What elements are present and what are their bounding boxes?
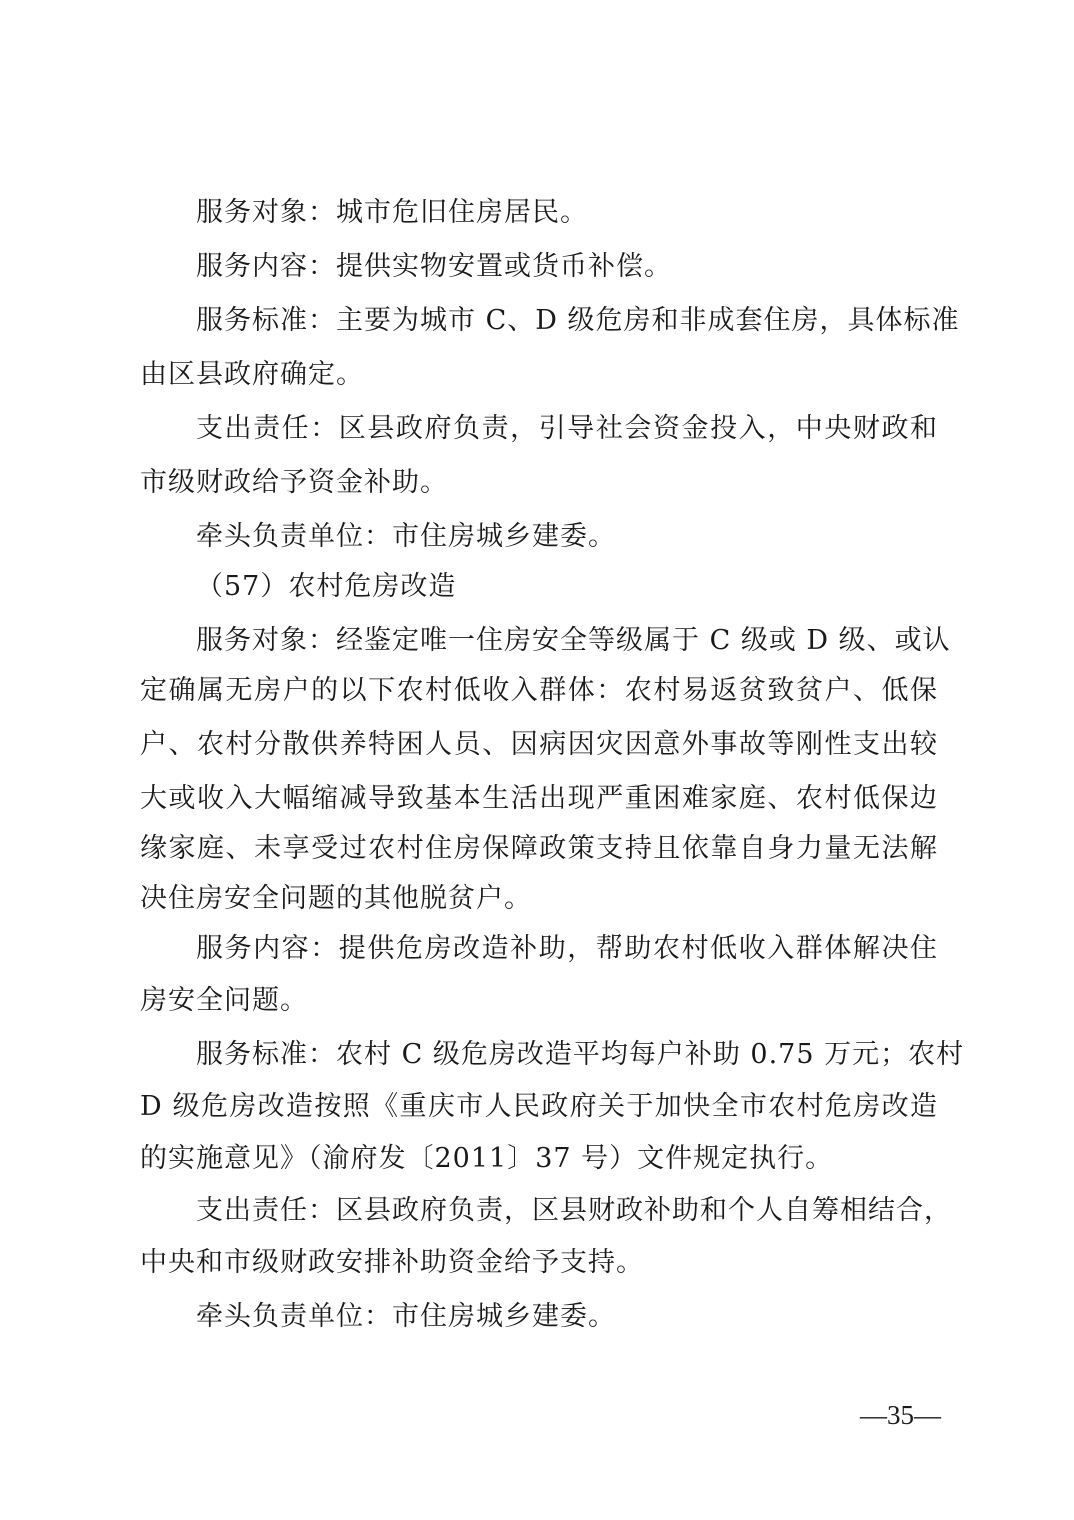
paragraph-service-standard-urban-line2: 由区县政府确定。 — [140, 358, 938, 392]
paragraph-service-standard-rural-line2: D 级危房改造按照《重庆市人民政府关于加快全市农村危房改造 — [140, 1090, 938, 1124]
paragraph-service-content-urban: 服务内容：提供实物安置或货币补偿。 — [196, 250, 938, 284]
section-heading-57: （57）农村危房改造 — [196, 570, 938, 604]
paragraph-expenditure-rural-line2: 中央和市级财政安排补助资金给予支持。 — [140, 1246, 938, 1280]
paragraph-service-target-rural-line1: 服务对象：经鉴定唯一住房安全等级属于 C 级或 D 级、或认 — [196, 624, 938, 658]
paragraph-service-content-rural-line2: 房安全问题。 — [140, 984, 938, 1018]
paragraph-service-target-rural-line4: 大或收入大幅缩减导致基本生活出现严重困难家庭、农村低保边 — [140, 782, 938, 816]
paragraph-expenditure-urban-line1: 支出责任：区县政府负责，引导社会资金投入，中央财政和 — [196, 412, 938, 446]
paragraph-service-standard-rural-line1: 服务标准：农村 C 级危房改造平均每户补助 0.75 万元；农村 — [196, 1038, 938, 1072]
paragraph-service-target-rural-line6: 决住房安全问题的其他脱贫户。 — [140, 882, 938, 916]
paragraph-expenditure-rural-line1: 支出责任：区县政府负责，区县财政补助和个人自筹相结合， — [196, 1194, 938, 1228]
page-number: —35— — [860, 1400, 941, 1431]
paragraph-service-target-rural-line2: 定确属无房户的以下农村低收入群体：农村易返贫致贫户、低保 — [140, 674, 938, 708]
paragraph-lead-unit-rural: 牵头负责单位：市住房城乡建委。 — [196, 1300, 938, 1334]
paragraph-expenditure-urban-line2: 市级财政给予资金补助。 — [140, 466, 938, 500]
paragraph-service-target-rural-line5: 缘家庭、未享受过农村住房保障政策支持且依靠自身力量无法解 — [140, 832, 938, 866]
paragraph-service-standard-urban-line1: 服务标准：主要为城市 C、D 级危房和非成套住房，具体标准 — [196, 304, 938, 338]
paragraph-service-target-urban: 服务对象：城市危旧住房居民。 — [196, 196, 938, 230]
paragraph-service-content-rural-line1: 服务内容：提供危房改造补助，帮助农村低收入群体解决住 — [196, 932, 938, 966]
document-page: 服务对象：城市危旧住房居民。 服务内容：提供实物安置或货币补偿。 服务标准：主要… — [0, 0, 1074, 1520]
paragraph-service-standard-rural-line3: 的实施意见》（渝府发〔2011〕37 号）文件规定执行。 — [140, 1142, 938, 1176]
paragraph-lead-unit-urban: 牵头负责单位：市住房城乡建委。 — [196, 520, 938, 554]
paragraph-service-target-rural-line3: 户、农村分散供养特困人员、因病因灾因意外事故等刚性支出较 — [140, 728, 938, 762]
